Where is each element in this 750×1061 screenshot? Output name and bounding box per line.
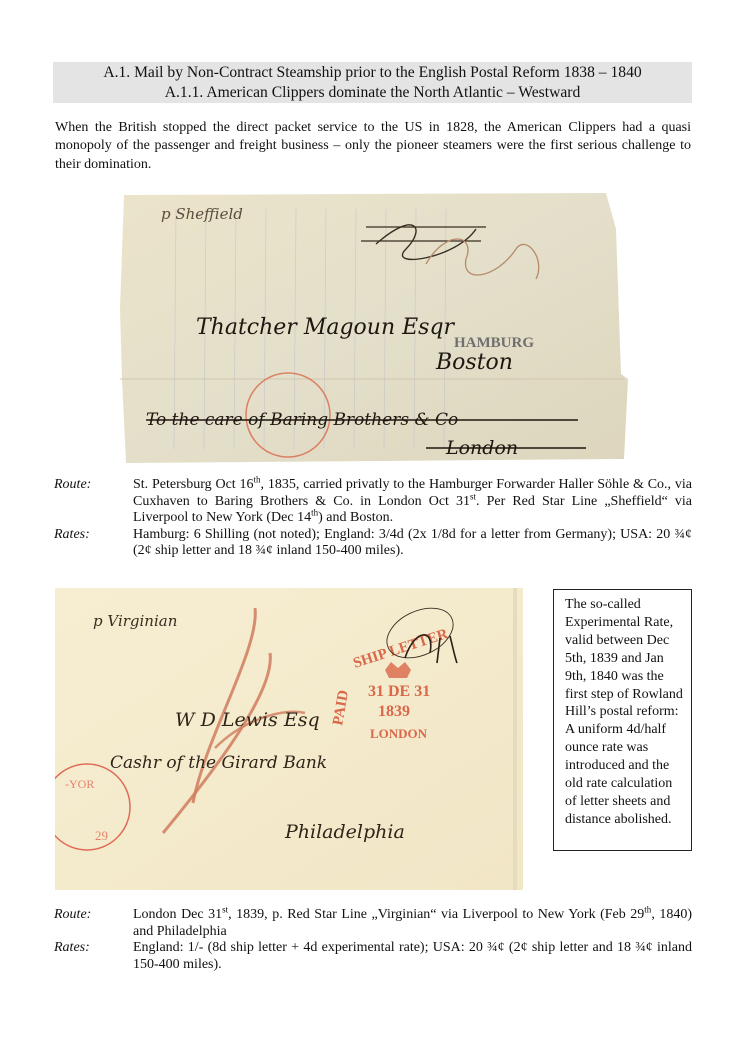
route-label: Route: [54, 907, 133, 940]
addressee: Thatcher Magoun Esqr [196, 315, 456, 340]
city: Boston [435, 350, 513, 375]
hamburg-stamp: HAMBURG [454, 335, 534, 351]
letter1-description: Route: St. Petersburg Oct 16th, 1835, ca… [54, 477, 692, 560]
letter-image-virginian: p Virginian SHIP LETTER 31 DE 31 1839 LO… [55, 588, 523, 890]
ship-note: p Virginian [93, 612, 177, 630]
rates-label: Rates: [54, 940, 133, 973]
city: Philadelphia [284, 821, 405, 843]
addressee-title: Cashr of the Girard Bank [110, 753, 327, 773]
page-header: A.1. Mail by Non-Contract Steamship prio… [53, 62, 692, 103]
rates-text: England: 1/- (8d ship letter + 4d experi… [133, 940, 692, 973]
letter-image-sheffield: p Sheffield Thatcher Magoun Esqr HAMBURG… [116, 189, 628, 467]
svg-text:LONDON: LONDON [370, 726, 428, 741]
letter-illustration: p Sheffield Thatcher Magoun Esqr HAMBURG… [116, 189, 628, 467]
route-text: St. Petersburg Oct 16th, 1835, carried p… [133, 477, 692, 527]
route-row: Route: London Dec 31st, 1839, p. Red Sta… [54, 907, 692, 940]
experimental-rate-note: The so-called Experimental Rate, valid b… [553, 589, 692, 851]
addressee: W D Lewis Esq [175, 709, 320, 731]
route-row: Route: St. Petersburg Oct 16th, 1835, ca… [54, 477, 692, 527]
letter-illustration: p Virginian SHIP LETTER 31 DE 31 1839 LO… [55, 588, 523, 890]
rates-row: Rates: Hamburg: 6 Shilling (not noted); … [54, 527, 692, 560]
svg-text:29: 29 [95, 828, 108, 843]
rates-label: Rates: [54, 527, 133, 560]
rates-row: Rates: England: 1/- (8d ship letter + 4d… [54, 940, 692, 973]
svg-text:-YOR: -YOR [65, 777, 94, 791]
route-label: Route: [54, 477, 133, 527]
intro-paragraph: When the British stopped the direct pack… [55, 119, 691, 174]
letter2-description: Route: London Dec 31st, 1839, p. Red Sta… [54, 907, 692, 973]
rates-text: Hamburg: 6 Shilling (not noted); England… [133, 527, 692, 560]
stamp-date: 31 DE 31 [368, 683, 430, 700]
ship-note: p Sheffield [161, 205, 243, 223]
stamp-year: 1839 [378, 703, 410, 720]
section-title: A.1. Mail by Non-Contract Steamship prio… [53, 63, 692, 83]
route-text: London Dec 31st, 1839, p. Red Star Line … [133, 907, 692, 940]
subsection-title: A.1.1. American Clippers dominate the No… [53, 83, 692, 103]
